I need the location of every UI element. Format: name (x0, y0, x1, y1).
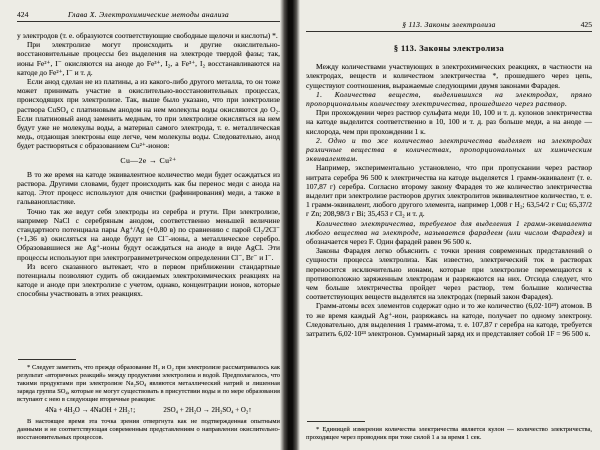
paragraph: Например, экспериментально установлено, … (306, 163, 592, 218)
right-running-header-text: § 113. Законы электролиза (332, 20, 566, 29)
faraday-first-law: 1. Количества веществ, выделившихся на э… (306, 90, 592, 108)
paragraph: Грамм-атомы всех элементов содержат одно… (306, 301, 592, 338)
faraday-definition: Количество электричества, требуемое для … (306, 219, 592, 247)
left-page-number: 424 (17, 10, 43, 19)
faraday-second-law: 2. Одно и то же количество электричества… (306, 136, 592, 164)
copper-anode-equation: Cu—2e → Cu²⁺ (17, 156, 280, 165)
sulfate-reaction-equation: 2SO₄ + 2H₂O → 2H₂SO₄ + O₂↑ (163, 407, 251, 415)
faraday-definition-italic: Количество электричества, требуемое для … (306, 219, 592, 237)
footnote-text: * Единицей измерения количества электрич… (306, 426, 592, 442)
paragraph: При прохождении через раствор сульфата м… (306, 108, 592, 136)
right-footnote: * Единицей измерения количества электрич… (306, 421, 592, 442)
left-footnote: * Следует заметить, что прежде образован… (17, 359, 280, 442)
secondary-reactions-equations: 4Na + 4H₂O → 4NaOH + 2H₂↑; 2SO₄ + 2H₂O →… (17, 407, 280, 415)
paragraph: Законы Фарадея легко объяснить с точки з… (306, 246, 592, 301)
left-page-body: у электродов (т. е. образуются соответст… (17, 31, 280, 299)
footnote-rule (18, 359, 76, 360)
left-running-header-text: Глава X. Электрохимические методы анализ… (43, 10, 254, 19)
paragraph: Точно так же ведут себя электроды из сер… (17, 207, 280, 262)
section-title: § 113. Законы электролиза (306, 44, 592, 53)
binding-gutter-shadow (280, 0, 300, 450)
right-running-header: § 113. Законы электролиза 425 (306, 20, 592, 32)
left-running-header: 424 Глава X. Электрохимические методы ан… (17, 10, 280, 22)
paragraph: При электролизе могут происходить и друг… (17, 40, 280, 77)
paragraph: Если анод сделан не из платины, а из как… (17, 77, 280, 151)
footnote-text: * Следует заметить, что прежде образован… (17, 364, 280, 404)
right-page-body: § 113. Законы электролиза Между количест… (306, 41, 592, 338)
book-scan: 424 Глава X. Электрохимические методы ан… (0, 0, 600, 450)
paragraph: Из всего сказанного вытекает, что в перв… (17, 262, 280, 299)
sodium-reaction-equation: 4Na + 4H₂O → 4NaOH + 2H₂↑; (45, 407, 135, 415)
footnote-rule (307, 421, 365, 422)
right-page-number: 425 (566, 20, 592, 29)
paragraph: Между количествами участвующих в электро… (306, 62, 592, 90)
right-page: § 113. Законы электролиза 425 § 113. Зак… (306, 20, 592, 442)
paragraph: В то же время на катоде эквивалентное ко… (17, 170, 280, 207)
footnote-text: В настоящее время эта точка зрения отвер… (17, 418, 280, 442)
paragraph: у электродов (т. е. образуются соответст… (17, 31, 280, 40)
left-page: 424 Глава X. Электрохимические методы ан… (17, 10, 280, 442)
